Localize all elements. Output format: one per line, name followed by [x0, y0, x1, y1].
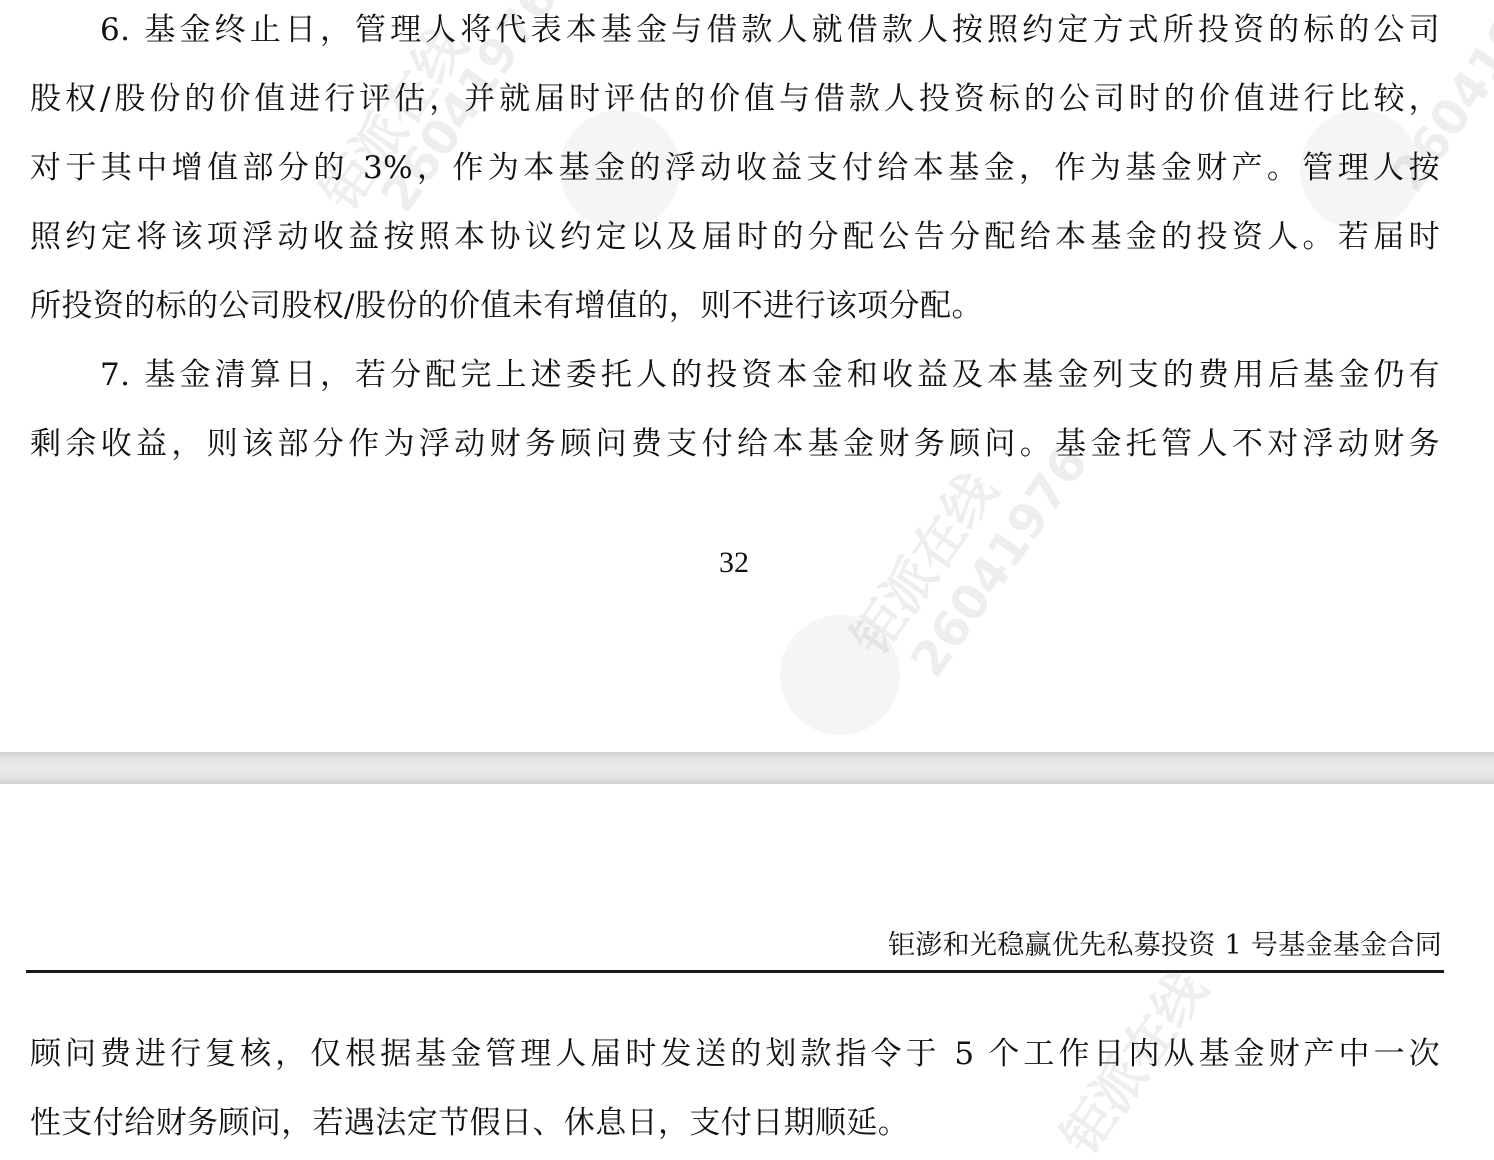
page-separator	[0, 752, 1494, 784]
document-page-33: 钜澎和光稳赢优先私募投资 1 号基金基金合同 钜派在线 顾问费进行复核，仅根据基…	[0, 784, 1494, 1160]
paragraph-6-line-4: 照约定将该项浮动收益按照本协议约定以及届时的分配公告分配给本基金的投资人。若届时	[30, 217, 1440, 257]
paragraph-7-line-4: 性支付给财务顾问，若遇法定节假日、休息日，支付日期顺延。	[30, 1103, 1440, 1143]
paragraph-7-line-2: 剩余收益，则该部分作为浮动财务顾问费支付给本基金财务顾问。基金托管人不对浮动财务	[30, 424, 1440, 464]
paragraph-7-line-3: 顾问费进行复核，仅根据基金管理人届时发送的划款指令于 5 个工作日内从基金财产中…	[30, 1034, 1440, 1074]
paragraph-6-line-1: 6. 基金终止日，管理人将代表本基金与借款人就借款人按照约定方式所投资的标的公司	[100, 10, 1440, 50]
paragraph-6-line-2: 股权/股份的价值进行评估，并就届时评估的价值与借款人投资标的公司时的价值进行比较…	[30, 79, 1440, 119]
paragraph-7-line-1: 7. 基金清算日，若分配完上述委托人的投资本金和收益及本基金列支的费用后基金仍有	[100, 355, 1440, 395]
header-title: 钜澎和光稳赢优先私募投资 1 号基金基金合同	[888, 929, 1442, 963]
paragraph-6-line-5: 所投资的标的公司股权/股份的价值未有增值的，则不进行该项分配。	[30, 286, 1440, 326]
paragraph-6-line-3: 对于其中增值部分的 3%，作为本基金的浮动收益支付给本基金，作为基金财产。管理人…	[30, 148, 1440, 188]
page-number: 32	[0, 543, 1468, 583]
document-page-32: 钜派在线 26041976 26041976 钜派在线 26041976 6. …	[0, 0, 1494, 752]
header-rule	[26, 970, 1444, 973]
watermark-logo-icon	[780, 615, 900, 735]
